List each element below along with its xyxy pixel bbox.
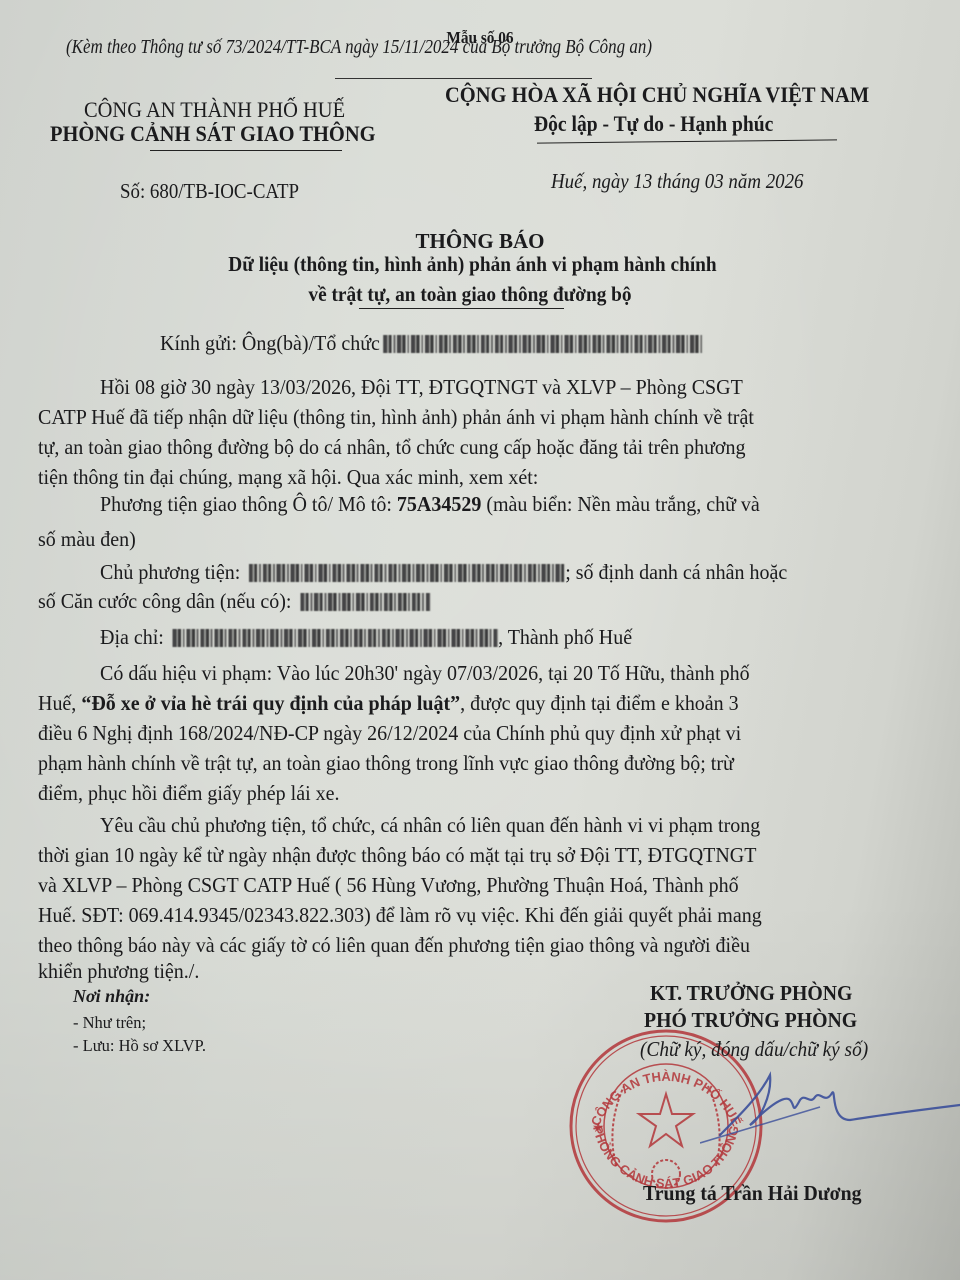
- vehicle-line: Phương tiện giao thông Ô tô/ Mô tô: 75A3…: [100, 492, 760, 517]
- motto-underline: [537, 139, 837, 143]
- intro-line-3: tự, an toàn giao thông đường bộ do cá nh…: [38, 435, 745, 460]
- id-label: số Căn cước công dân (nếu có):: [38, 589, 296, 613]
- subtitle-underline: [359, 308, 564, 309]
- signer-name: Trung tá Trần Hải Dương: [643, 1181, 861, 1206]
- owner-line: Chủ phương tiện: ; số định danh cá nhân …: [100, 560, 787, 585]
- org-underline: [150, 150, 342, 151]
- place-date: Huế, ngày 13 tháng 03 năm 2026: [551, 169, 804, 194]
- handwritten-signature: [700, 1065, 960, 1145]
- recipient-line: Kính gửi: Ông(bà)/Tổ chức: [160, 331, 704, 356]
- violation-suffix: , được quy định tại điểm e khoản 3: [460, 691, 739, 715]
- owner-suffix: ; số định danh cá nhân hoặc: [565, 560, 787, 584]
- stamp-star-icon: ★: [592, 1121, 605, 1136]
- id-line: số Căn cước công dân (nếu có):: [38, 589, 430, 614]
- vehicle-line-2: số màu đen): [38, 527, 136, 552]
- redacted-id-number: [300, 593, 430, 611]
- recipient-label: Kính gửi: Ông(bà)/Tổ chức: [160, 331, 380, 355]
- recipients-label: Nơi nhận:: [73, 986, 150, 1007]
- violation-line-3: điều 6 Nghị định 168/2024/NĐ-CP ngày 26/…: [38, 721, 741, 746]
- request-line-1: Yêu cầu chủ phương tiện, tổ chức, cá nhâ…: [100, 813, 760, 838]
- recipient-item-1: - Như trên;: [73, 1013, 146, 1033]
- request-line-2: thời gian 10 ngày kể từ ngày nhận được t…: [38, 843, 756, 868]
- signature-title-2: PHÓ TRƯỞNG PHÒNG: [644, 1008, 857, 1033]
- document-subtitle-line1: Dữ liệu (thông tin, hình ảnh) phản ánh v…: [38, 252, 907, 277]
- address-line: Địa chỉ: , Thành phố Huế: [100, 625, 632, 650]
- org-parent: CÔNG AN THÀNH PHỐ HUẾ: [84, 97, 345, 123]
- violation-line-4: phạm hành chính về trật tự, an toàn giao…: [38, 751, 734, 776]
- redacted-address: [173, 629, 499, 647]
- plate-color-desc: (màu biển: Nền màu trắng, chữ và: [481, 492, 759, 516]
- request-line-3: và XLVP – Phòng CSGT CATP Huế ( 56 Hùng …: [38, 873, 739, 898]
- address-label: Địa chỉ:: [100, 625, 169, 649]
- address-suffix: , Thành phố Huế: [498, 625, 632, 649]
- org-department: PHÒNG CẢNH SÁT GIAO THÔNG: [50, 121, 376, 147]
- header-divider: [335, 78, 592, 79]
- document-number: Số: 680/TB-IOC-CATP: [120, 179, 299, 204]
- owner-label: Chủ phương tiện:: [100, 560, 245, 584]
- intro-line-4: tiện thông tin đại chúng, mạng xã hội. Q…: [38, 465, 538, 490]
- national-motto: Độc lập - Tự do - Hạnh phúc: [534, 111, 773, 137]
- request-line-6: khiển phương tiện./.: [38, 959, 199, 984]
- recipient-item-2: - Lưu: Hồ sơ XLVP.: [73, 1036, 206, 1056]
- request-line-4: Huế. SĐT: 069.414.9345/02343.822.303) để…: [38, 903, 762, 928]
- attached-circular: (Kèm theo Thông tư số 73/2024/TT-BCA ngà…: [66, 37, 652, 59]
- redacted-owner-name: [249, 564, 565, 582]
- redacted-recipient-name: [384, 335, 704, 353]
- signature-title-1: KT. TRƯỞNG PHÒNG: [650, 981, 852, 1006]
- violation-line-5: điểm, phục hồi điểm giấy phép lái xe.: [38, 781, 340, 806]
- vehicle-label: Phương tiện giao thông Ô tô/ Mô tô:: [100, 492, 397, 516]
- intro-line-1: Hồi 08 giờ 30 ngày 13/03/2026, Đội TT, Đ…: [100, 375, 743, 400]
- signature-note: (Chữ ký, đóng dấu/chữ ký số): [640, 1037, 868, 1062]
- document-subtitle-line2: về trật tự, an toàn giao thông đường bộ: [38, 282, 903, 307]
- violation-line-1: Có dấu hiệu vi phạm: Vào lúc 20h30' ngày…: [100, 661, 750, 686]
- violation-line-2: Huế, “Đỗ xe ở vỉa hè trái quy định của p…: [38, 691, 739, 716]
- intro-line-2: CATP Huế đã tiếp nhận dữ liệu (thông tin…: [38, 405, 754, 430]
- request-line-5: theo thông báo này và các giấy tờ có liê…: [38, 933, 750, 958]
- violation-prefix: Huế,: [38, 691, 81, 715]
- national-title: CỘNG HÒA XÃ HỘI CHỦ NGHĨA VIỆT NAM: [445, 82, 869, 108]
- violation-description: “Đỗ xe ở vỉa hè trái quy định của pháp l…: [81, 691, 460, 715]
- document-title: THÔNG BÁO: [0, 229, 960, 254]
- license-plate: 75A34529: [397, 492, 481, 516]
